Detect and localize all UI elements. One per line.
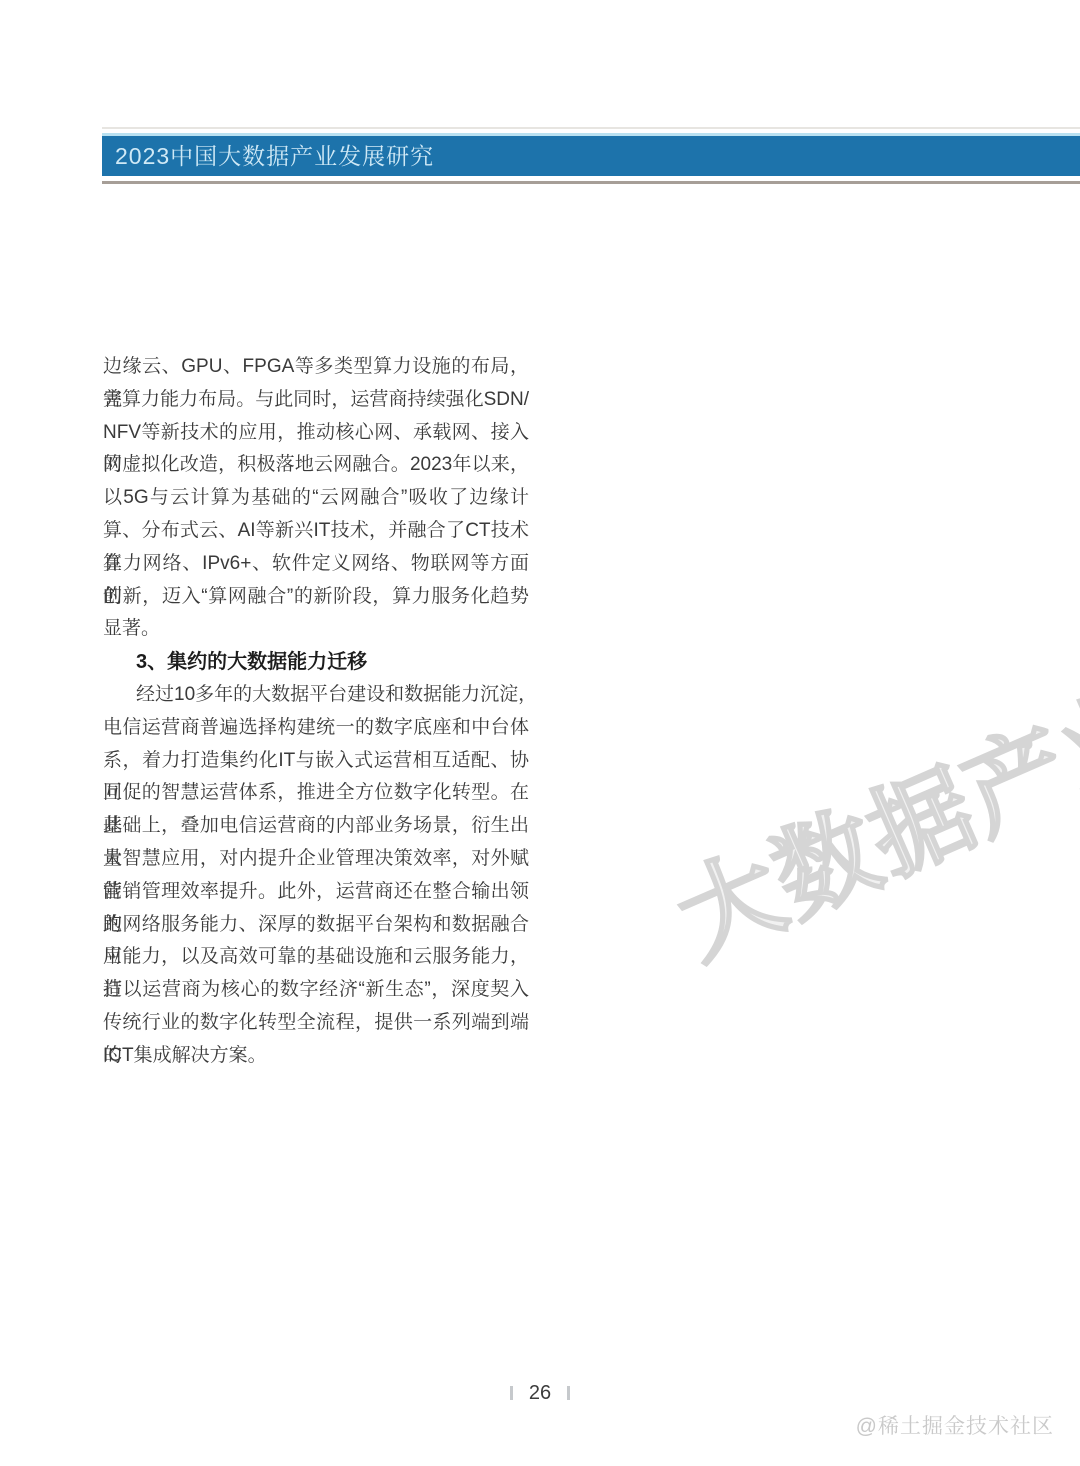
- header-underline: [102, 181, 1080, 184]
- paragraph1-line: 算力网络、IPv6+、软件定义网络、物联网等方面的: [103, 548, 529, 581]
- paragraph2-line: ICT集成解决方案。: [103, 1040, 529, 1073]
- paragraph2-line: 造以运营商为核心的数字经济“新生态”，深度契入: [103, 974, 529, 1007]
- credit-watermark: @稀土掘金技术社区: [856, 1410, 1054, 1440]
- paragraph1-line: 创新，迈入“算网融合”的新阶段，算力服务化趋势: [103, 581, 529, 614]
- paragraph2-line: 用能力，以及高效可靠的基础设施和云服务能力，打: [103, 941, 529, 974]
- footer-divider-right: [567, 1386, 570, 1400]
- paragraph2-line: 互促的智慧运营体系，推进全方位数字化转型。在此: [103, 777, 529, 810]
- paragraph2-line: 基础上，叠加电信运营商的内部业务场景，衍生出大: [103, 810, 529, 843]
- paragraph1-line: 边缘云、GPU、FPGA等多类型算力设施的布局，完: [103, 351, 529, 384]
- paragraph1-line: 算、分布式云、AI等新兴IT技术，并融合了CT技术在: [103, 515, 529, 548]
- diagonal-watermark: 大数据产业: [652, 645, 1080, 986]
- header-top-line: [102, 127, 1080, 129]
- paragraph2-line: 传统行业的数字化转型全流程，提供一系列端到端的: [103, 1007, 529, 1040]
- paragraph2-line: 经过10多年的大数据平台建设和数据能力沉淀，: [103, 679, 529, 712]
- paragraph1-line: 显著。: [103, 613, 529, 646]
- section-heading: 3、集约的大数据能力迁移: [103, 646, 529, 679]
- document-page: 2023中国大数据产业发展研究 边缘云、GPU、FPGA等多类型算力设施的布局，…: [0, 0, 1080, 1466]
- paragraph1-line: 的虚拟化改造，积极落地云网融合。2023年以来，: [103, 449, 529, 482]
- paragraph2-line: 电信运营商普遍选择构建统一的数字底座和中台体: [103, 712, 529, 745]
- paragraph1-line: 以5G与云计算为基础的“云网融合”吸收了边缘计: [103, 482, 529, 515]
- paragraph2-line: 的网络服务能力、深厚的数据平台架构和数据融合应: [103, 909, 529, 942]
- header-bar: 2023中国大数据产业发展研究: [102, 133, 1080, 176]
- paragraph1-line: NFV等新技术的应用，推动核心网、承载网、接入网: [103, 417, 529, 450]
- page-footer: 26: [0, 1383, 1080, 1403]
- footer-divider-left: [510, 1386, 513, 1400]
- page-header-title: 2023中国大数据产业发展研究: [102, 136, 1080, 176]
- body-text-column: 边缘云、GPU、FPGA等多类型算力设施的布局，完 善算力能力布局。与此同时，运…: [103, 351, 529, 1073]
- paragraph2-line: 系，着力打造集约化IT与嵌入式运营相互适配、协同: [103, 745, 529, 778]
- paragraph1-line: 善算力能力布局。与此同时，运营商持续强化SDN/: [103, 384, 529, 417]
- paragraph2-line: 营销管理效率提升。此外，运营商还在整合输出领跑: [103, 876, 529, 909]
- paragraph2-line: 量智慧应用，对内提升企业管理决策效率，对外赋能: [103, 843, 529, 876]
- page-number: 26: [529, 1383, 551, 1403]
